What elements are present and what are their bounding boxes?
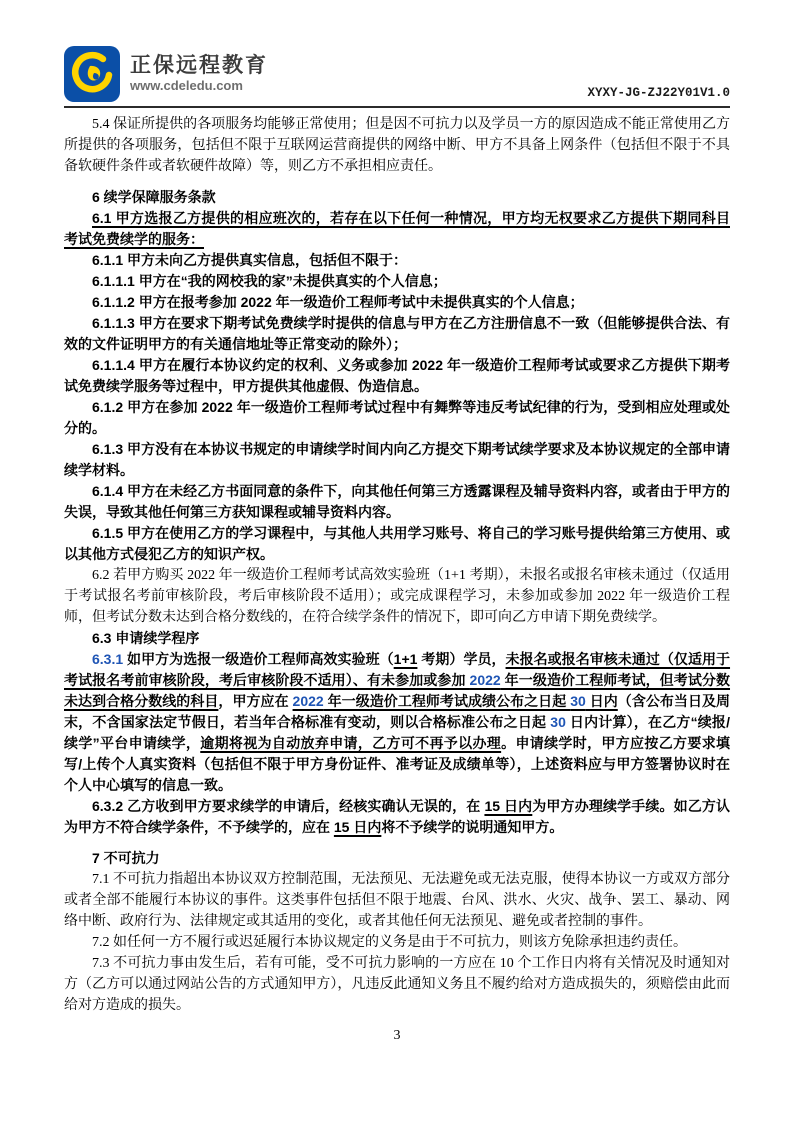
text-run: 6.1.1.3 甲方在要求下期考试免费续学时提供的信息与甲方在乙方注册信息不一致…	[64, 315, 730, 352]
text-run: 6.1.3 甲方没有在本协议书规定的申请续学时间内向乙方提交下期考试续学要求及本…	[64, 441, 730, 478]
clause-6-1: 6.1 甲方选报乙方提供的相应班次的，若存在以下任何一种情况，甲方均无权要求乙方…	[64, 208, 730, 250]
clause-6-1-5: 6.1.5 甲方在使用乙方的学习课程中，与其他人共用学习账号、将自己的学习账号提…	[64, 523, 730, 565]
text-run: ，甲方应在	[218, 693, 292, 709]
text-run: 6.1.1.4 甲方在履行本协议约定的权利、义务或参加 2022 年一级造价工程…	[64, 357, 730, 394]
text-run: 2022	[470, 672, 501, 688]
text-run: 5.4 保证所提供的各项服务均能够正常使用；但是因不可抗力以及学员一方的原因造成…	[64, 117, 730, 174]
document-body: 5.4 保证所提供的各项服务均能够正常使用；但是因不可抗力以及学员一方的原因造成…	[64, 114, 730, 1016]
brand-url: www.cdeledu.com	[130, 78, 268, 94]
clause-7-3: 7.3 不可抗力事由发生后，若有可能，受不可抗力影响的一方应在 10 个工作日内…	[64, 953, 730, 1016]
brand-block: 正保远程教育 www.cdeledu.com	[64, 46, 268, 102]
text-run: 6.1.1 甲方未向乙方提供真实信息，包括但不限于：	[92, 252, 407, 268]
clause-6-2: 6.2 若甲方购买 2022 年一级造价工程师考试高效实验班（1+1 考期），未…	[64, 565, 730, 628]
text-run: 6.3.2 乙方收到甲方要求续学的申请后，经核实确认无误的，在	[92, 798, 484, 814]
text-run: 30	[550, 714, 566, 730]
text-run: 15 日内	[334, 819, 381, 835]
text-run: 日内	[586, 693, 618, 709]
document-page: 正保远程教育 www.cdeledu.com XYXY-JG-ZJ22Y01V1…	[0, 0, 794, 1123]
clause-6-1-1-3: 6.1.1.3 甲方在要求下期考试免费续学时提供的信息与甲方在乙方注册信息不一致…	[64, 313, 730, 355]
text-run: 6.3 申请续学程序	[92, 630, 199, 646]
clause-6-1-1-4: 6.1.1.4 甲方在履行本协议约定的权利、义务或参加 2022 年一级造价工程…	[64, 355, 730, 397]
text-run: 逾期将视为自动放弃申请，乙方可不再予以办理	[200, 735, 501, 751]
clause-6-1-1-1: 6.1.1.1 甲方在“我的网校我的家”未提供真实的个人信息；	[64, 271, 730, 292]
text-run: 考期）学员，	[417, 651, 505, 667]
section-6-3-heading: 6.3 申请续学程序	[64, 628, 730, 649]
text-run: 7 不可抗力	[92, 850, 160, 866]
text-run: 6.1.5 甲方在使用乙方的学习课程中，与其他人共用学习账号、将自己的学习账号提…	[64, 525, 730, 562]
text-run: 1+1	[394, 651, 418, 667]
section-6-heading: 6 续学保障服务条款	[64, 187, 730, 208]
clause-6-3-2: 6.3.2 乙方收到甲方要求续学的申请后，经核实确认无误的，在 15 日内为甲方…	[64, 796, 730, 838]
clause-7-1: 7.1 不可抗力指超出本协议双方控制范围，无法预见、无法避免或无法克服，使得本协…	[64, 869, 730, 932]
zhengbao-swirl-logo-icon	[64, 46, 120, 102]
clause-6-1-2: 6.1.2 甲方在参加 2022 年一级造价工程师考试过程中有舞弊等违反考试纪律…	[64, 397, 730, 439]
clause-6-1-1: 6.1.1 甲方未向乙方提供真实信息，包括但不限于：	[64, 250, 730, 271]
text-run: 6 续学保障服务条款	[92, 189, 216, 205]
clause-6-1-3: 6.1.3 甲方没有在本协议书规定的申请续学时间内向乙方提交下期考试续学要求及本…	[64, 439, 730, 481]
text-run: 7.1 不可抗力指超出本协议双方控制范围，无法预见、无法避免或无法克服，使得本协…	[64, 872, 730, 929]
text-run: 6.3.1	[92, 651, 123, 667]
text-run: 15 日内	[484, 798, 532, 814]
text-run: 6.2 若甲方购买 2022 年一级造价工程师考试高效实验班（1+1 考期），未…	[64, 568, 730, 625]
clause-6-1-4: 6.1.4 甲方在未经乙方书面同意的条件下，向其他任何第三方透露课程及辅导资料内…	[64, 481, 730, 523]
text-run: 6.1.2 甲方在参加 2022 年一级造价工程师考试过程中有舞弊等违反考试纪律…	[64, 399, 730, 436]
text-run: 6.1 甲方选报乙方提供的相应班次的，若存在以下任何一种情况，甲方均无权要求乙方…	[64, 210, 730, 247]
clause-6-1-1-2: 6.1.1.2 甲方在报考参加 2022 年一级造价工程师考试中未提供真实的个人…	[64, 292, 730, 313]
text-run: 6.1.4 甲方在未经乙方书面同意的条件下，向其他任何第三方透露课程及辅导资料内…	[64, 483, 730, 520]
text-run: 6.1.1.2 甲方在报考参加 2022 年一级造价工程师考试中未提供真实的个人…	[92, 294, 584, 310]
clause-7-2: 7.2 如任何一方不履行或迟延履行本协议规定的义务是由于不可抗力，则该方免除承担…	[64, 932, 730, 953]
text-run: 2022	[293, 693, 324, 709]
text-run: 将不予续学的说明通知甲方。	[381, 819, 563, 835]
page-header: 正保远程教育 www.cdeledu.com XYXY-JG-ZJ22Y01V1…	[64, 46, 730, 108]
clause-5-4: 5.4 保证所提供的各项服务均能够正常使用；但是因不可抗力以及学员一方的原因造成…	[64, 114, 730, 177]
text-run: 7.2 如任何一方不履行或迟延履行本协议规定的义务是由于不可抗力，则该方免除承担…	[92, 935, 687, 950]
document-code: XYXY-JG-ZJ22Y01V1.0	[587, 86, 730, 102]
page-number: 3	[0, 1028, 794, 1044]
text-run: 年一级造价工程师考试成绩公布之日起	[324, 693, 570, 709]
text-run: 30	[570, 693, 586, 709]
brand-text: 正保远程教育 www.cdeledu.com	[130, 54, 268, 94]
clause-6-3-1: 6.3.1 如甲方为选报一级造价工程师高效实验班（1+1 考期）学员，未报名或报…	[64, 649, 730, 796]
text-run: 如甲方为选报一级造价工程师高效实验班（	[123, 651, 394, 667]
section-7-heading: 7 不可抗力	[64, 848, 730, 869]
text-run: 7.3 不可抗力事由发生后，若有可能，受不可抗力影响的一方应在 10 个工作日内…	[64, 956, 730, 1013]
text-run: 6.1.1.1 甲方在“我的网校我的家”未提供真实的个人信息；	[92, 273, 447, 289]
brand-name: 正保远程教育	[130, 54, 268, 78]
